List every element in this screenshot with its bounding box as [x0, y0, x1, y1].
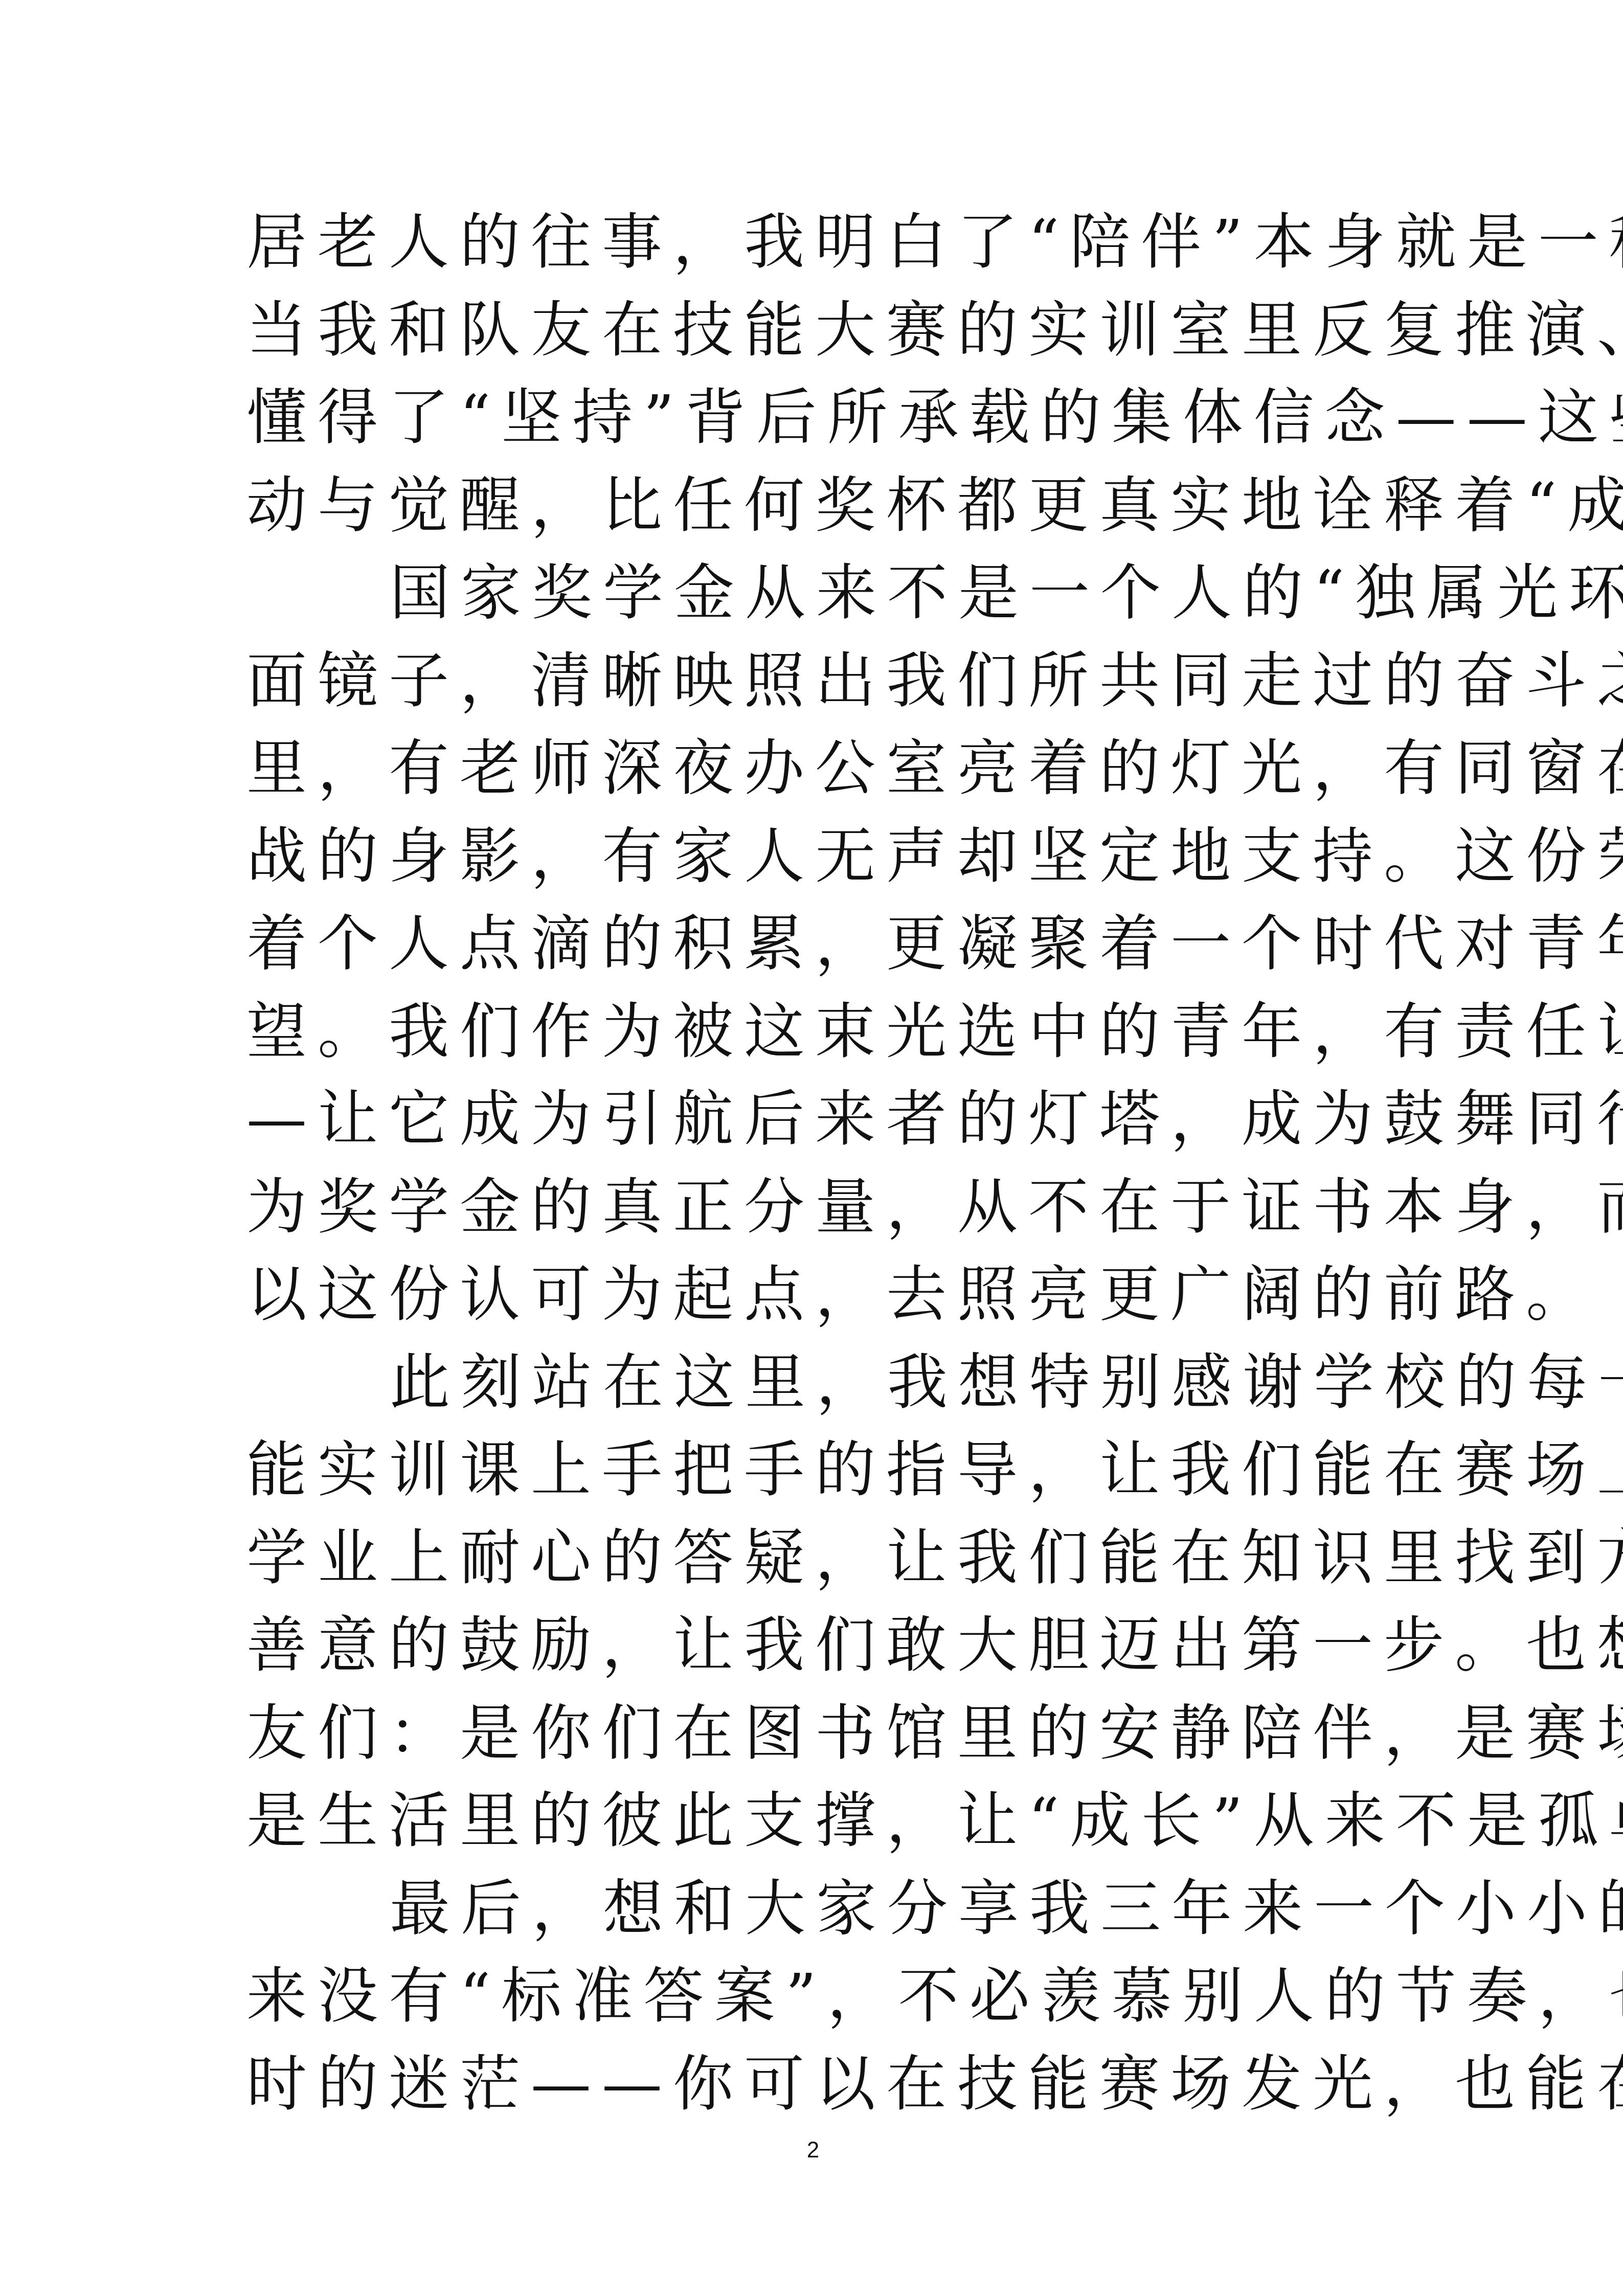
text-line: 当我和队友在技能大赛的实训室里反复推演、优化流程，我	[246, 286, 1397, 374]
page-number: 2	[798, 2137, 828, 2163]
text-line: 学业上耐心的答疑，让我们能在知识里找到方向；是活动中	[246, 1514, 1397, 1602]
document-page: 居老人的往事，我明白了“陪伴”本身就是一种深沉的力量； 当我和队友在技能大赛的实…	[0, 0, 1623, 2296]
document-body: 居老人的往事，我明白了“陪伴”本身就是一种深沉的力量； 当我和队友在技能大赛的实…	[246, 198, 1397, 2128]
text-line: —让它成为引航后来者的灯塔，成为鼓舞同行者的微光。因	[246, 1075, 1397, 1163]
text-line: 懂得了“坚持”背后所承载的集体信念——这些细微处的触	[246, 374, 1397, 462]
text-line: 动与觉醒，比任何奖杯都更真实地诠释着“成长”的内涵。	[246, 462, 1397, 550]
text-line: 里，有老师深夜办公室亮着的灯光，有同窗在实验室并肩奋	[246, 725, 1397, 813]
text-line: 善意的鼓励，让我们敢大胆迈出第一步。也想感谢并肩的朋	[246, 1602, 1397, 1690]
paragraph-first-line: 最后，想和大家分享我三年来一个小小的感悟：成长从	[246, 1865, 1397, 1953]
paragraph-first-line: 此刻站在这里，我想特别感谢学校的每一位老师：是技	[246, 1339, 1397, 1427]
text-line: 望。我们作为被这束光选中的青年，有责任让它照得更远—	[246, 988, 1397, 1076]
text-line: 以这份认可为起点，去照亮更广阔的前路。	[246, 1251, 1397, 1339]
text-line: 是生活里的彼此支撑，让“成长”从来不是孤单的旅程。	[246, 1777, 1397, 1865]
text-line: 友们：是你们在图书馆里的安静陪伴，是赛场上的相互打气，	[246, 1690, 1397, 1777]
text-line: 为奖学金的真正分量，从不在于证书本身，而在于我们如何	[246, 1163, 1397, 1251]
text-line: 来没有“标准答案”，不必羡慕别人的节奏，也不用焦虑暂	[246, 1952, 1397, 2040]
text-line: 居老人的往事，我明白了“陪伴”本身就是一种深沉的力量；	[246, 198, 1397, 286]
paragraph-first-line: 国家奖学金从来不是一个人的“独属光环”，它更像一	[246, 549, 1397, 637]
text-line: 时的迷茫——你可以在技能赛场发光，也能在志愿活动里发	[246, 2040, 1397, 2128]
text-line: 面镜子，清晰映照出我们所共同走过的奋斗之路。这份荣誉	[246, 637, 1397, 725]
text-line: 战的身影，有家人无声却坚定地支持。这份荣誉，不仅折射	[246, 813, 1397, 901]
text-line: 能实训课上手把手的指导，让我们能在赛场上稳住脚步；是	[246, 1426, 1397, 1514]
text-line: 着个人点滴的积累，更凝聚着一个时代对青年成才的深切寄	[246, 900, 1397, 988]
